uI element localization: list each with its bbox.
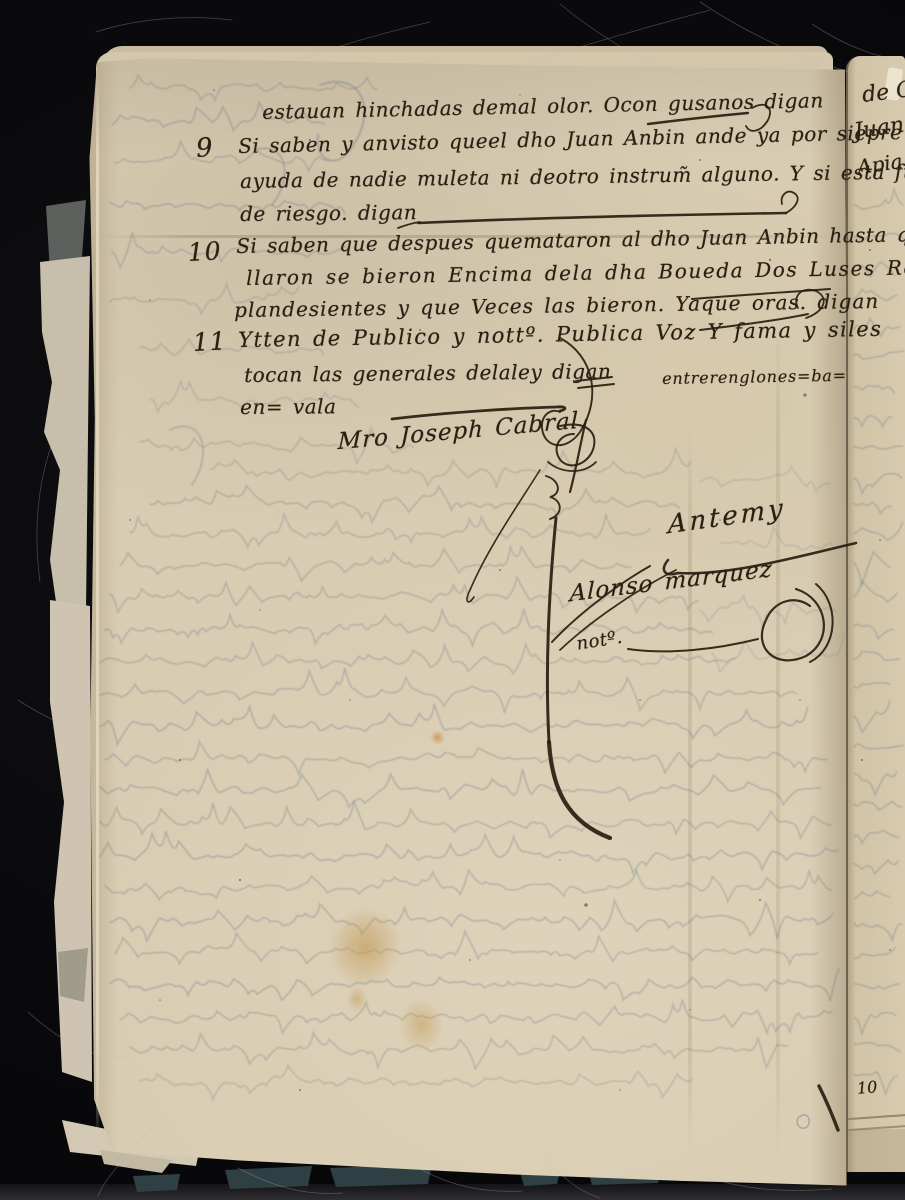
item-number: 9 [195, 133, 215, 164]
item-number: 11 [192, 326, 227, 357]
folio-fore-edge [848, 1114, 905, 1120]
manuscript-line: en= vala [240, 394, 337, 419]
stain [430, 730, 445, 745]
page-left-crease [96, 70, 99, 1140]
paper-crease [776, 310, 780, 1160]
item-number: 10 [187, 236, 222, 267]
paper-crease [688, 430, 692, 1150]
next-folio-fragment: de C [861, 77, 905, 108]
folio-number: 10 [856, 1077, 878, 1098]
folio-foot-shade [848, 1129, 905, 1172]
manuscript-line: tocan las generales delaley digan [244, 359, 611, 387]
manuscript-line: de riesgo. digan [240, 200, 417, 226]
scan-tray-edge [0, 1184, 905, 1200]
manuscript-scan: de C Juan Apia 10 estauan hinchadas dema… [0, 0, 905, 1200]
stain [346, 986, 368, 1012]
interline-note: entrerenglones=ba= [662, 366, 847, 388]
